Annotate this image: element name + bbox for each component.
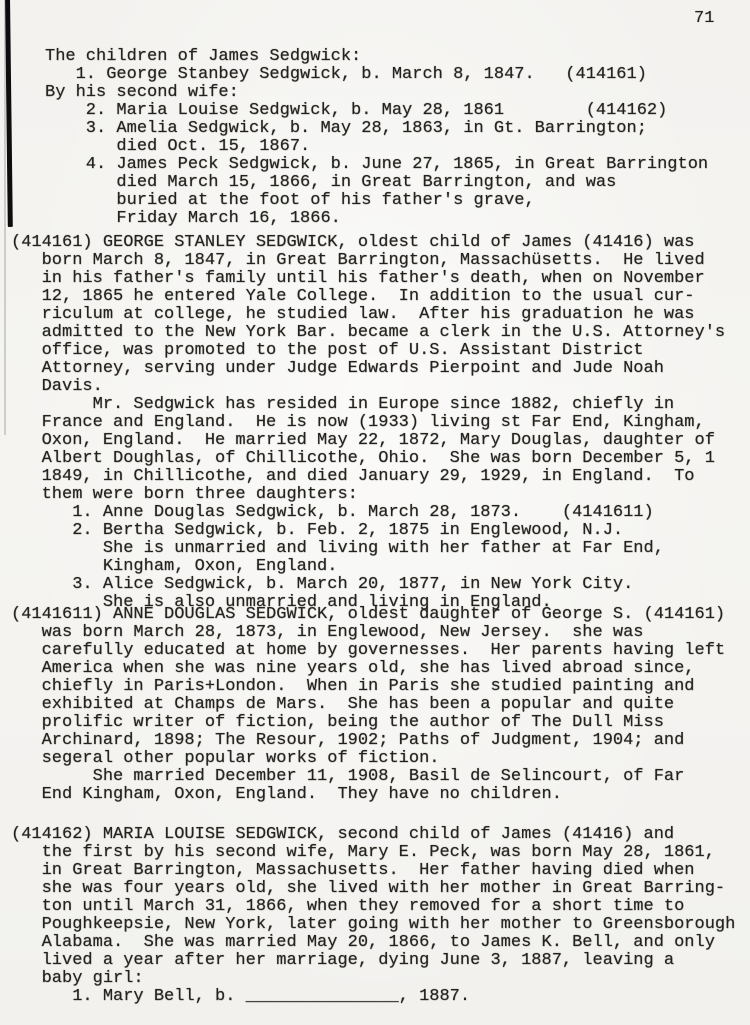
scanned-genealogy-page: 71 The children of James Sedgwick: 1. Ge… xyxy=(0,0,750,1025)
scan-edge-shadow-line xyxy=(4,0,6,435)
section-anne-douglas-sedgwick-4141611: (4141611) ANNE DOUGLAS SEDGWICK, oldest … xyxy=(11,606,725,804)
section-maria-louise-sedgwick-414162: (414162) MARIA LOUISE SEDGWICK, second c… xyxy=(11,826,735,1006)
scan-edge-mark xyxy=(5,0,13,227)
page-number: 71 xyxy=(694,10,714,28)
section-george-stanley-sedgwick-414161: (414161) GEORGE STANLEY SEDGWICK, oldest… xyxy=(11,234,725,612)
children-of-james-sedgwick-list: The children of James Sedgwick: 1. Georg… xyxy=(45,48,708,228)
